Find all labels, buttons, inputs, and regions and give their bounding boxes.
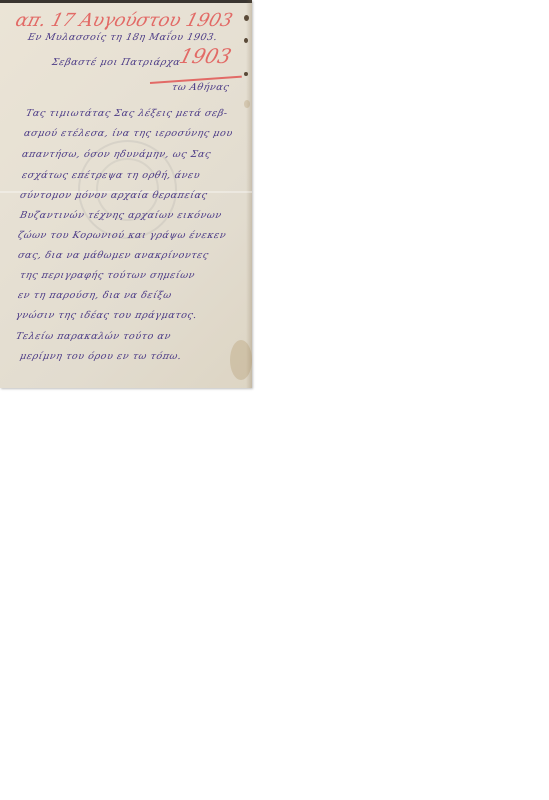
body-line: γνώσιν της ιδέας του πράγματος. xyxy=(15,310,198,321)
red-annotation: απ. 17 Αυγούστου 1903 xyxy=(13,10,235,31)
body-line: εν τη παρούση, δια να δείξω xyxy=(17,290,173,301)
scanned-letter: απ. 17 Αυγούστου 1903 1903 Εν Μυλασσοίς … xyxy=(0,0,252,388)
paper-stain xyxy=(230,340,252,380)
body-line: Τας τιμιωτάτας Σας λέξεις μετά σεβ- xyxy=(25,108,229,119)
date-line: Εν Μυλασσοίς τη 18η Μαΐου 1903. xyxy=(27,32,219,43)
punch-hole xyxy=(244,15,249,21)
red-annotation-year: 1903 xyxy=(177,44,234,68)
body-line: σύντομον μόνον αρχαία θεραπείας xyxy=(19,190,209,201)
recipient-line: τω Αθήνας xyxy=(171,82,231,93)
paper-stain xyxy=(244,100,250,108)
body-line: απαντήσω, όσον ηδυνάμην, ως Σας xyxy=(21,149,212,160)
punch-hole xyxy=(244,38,248,43)
scan-top-edge xyxy=(0,0,252,3)
body-line: ασμού ετέλεσα, ίνα της ιεροσύνης μου xyxy=(23,128,234,139)
paper-right-edge xyxy=(246,0,252,388)
body-line: Βυζαντινών τέχνης αρχαίων εικόνων xyxy=(19,210,223,221)
body-line: Τελείω παρακαλών τούτο αν xyxy=(15,331,172,342)
salutation: Σεβαστέ μοι Πατριάρχα xyxy=(51,57,182,68)
body-line: ζώων του Κορωνιού και γράψω ένεκεν xyxy=(17,230,227,241)
body-line: εσχάτως επέτρεψα τη ορθή, άνευ xyxy=(21,170,201,181)
punch-hole xyxy=(244,72,248,76)
body-line: της περιγραφής τούτων σημείων xyxy=(19,270,196,281)
body-line: σας, δια να μάθωμεν ανακρίνοντες xyxy=(17,250,210,261)
body-line: μερίμνη του όρου εν τω τόπω. xyxy=(19,351,183,362)
